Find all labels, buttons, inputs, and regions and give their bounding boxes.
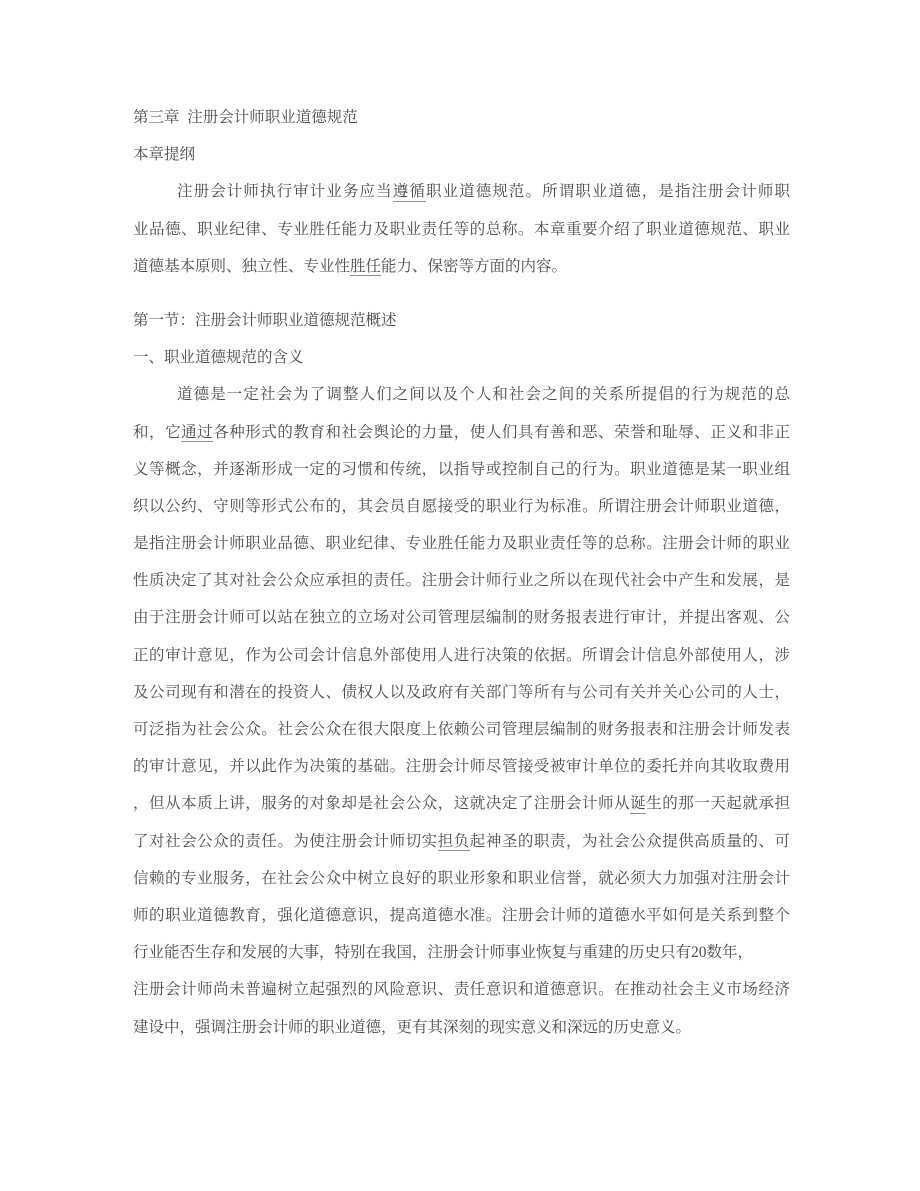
text-line: 业品德、职业纪律、专业胜任能力及职业责任等的总称。本章重要介绍了职业道德规范、职… xyxy=(133,211,790,248)
text-line: 是指注册会计师职业品德、职业纪律、专业胜任能力及职业责任等的总称。注册会计师的职… xyxy=(133,525,790,562)
text-line: 性质决定了其对社会公众应承担的责任。注册会计师行业之所以在现代社会中产生和发展，… xyxy=(133,562,790,599)
text-run: 织以公约、守则等形式公布的，其会员自愿接受的职业行为标准。所谓注册会计师职业道德… xyxy=(133,498,790,515)
text-line: 师的职业道德教育，强化道德意识，提高道德水准。注册会计师的道德水平如何是关系到整… xyxy=(133,897,790,934)
intro-paragraph: 注册会计师执行审计业务应当遵循职业道德规范。所谓职业道德，是指注册会计师职业品德… xyxy=(133,173,790,285)
text-run: 性质决定了其对社会公众应承担的责任。注册会计师行业之所以在现代社会中产生和发展，… xyxy=(133,572,790,589)
text-run: 可泛指为社会公众。社会公众在很大限度上依赖公司管理层编制的财务报表和注册会计师发… xyxy=(133,721,790,738)
text-run: 生的那一天起就承担 xyxy=(646,795,790,812)
outline-heading: 本章提纲 xyxy=(133,136,790,173)
text-run: 和，它 xyxy=(133,424,181,441)
text-run: 义等概念，并逐渐形成一定的习惯和传统，以指导或控制自己的行为。职业道德是某一职业… xyxy=(133,461,790,478)
text-run: 注册会计师执行审计业务应当 xyxy=(177,183,393,200)
text-line: 由于注册会计师可以站在独立的立场对公司管理层编制的财务报表进行审计，并提出客观、… xyxy=(133,599,790,636)
section-heading: 第一节：注册会计师职业道德规范概述 xyxy=(133,302,790,339)
text-run: 业品德、职业纪律、专业胜任能力及职业责任等的总称。本章重要介绍了职业道德规范、职… xyxy=(133,221,790,238)
text-line: 注册会计师执行审计业务应当遵循职业道德规范。所谓职业道德，是指注册会计师职 xyxy=(133,173,790,210)
proofing-underline: 遵循 xyxy=(393,183,426,202)
text-run: 道德是一定社会为了调整人们之间以及个人和社会之间的关系所提倡的行为规范的总 xyxy=(177,386,790,403)
text-run: 及公司现有和潜在的投资人、债权人以及政府有关部门等所有与公司有关并关心公司的人士… xyxy=(133,684,790,701)
text-line: 及公司现有和潜在的投资人、债权人以及政府有关部门等所有与公司有关并关心公司的人士… xyxy=(133,674,790,711)
text-run: 道德基本原则、独立性、专业性 xyxy=(133,258,350,275)
text-line: 了对社会公众的责任。为使注册会计师切实担负起神圣的职责，为社会公众提供高质量的、… xyxy=(133,823,790,860)
text-run: 了对社会公众的责任。为使注册会计师切实 xyxy=(133,833,438,850)
chapter-heading: 第三章 注册会计师职业道德规范 xyxy=(133,99,790,136)
text-line: 义等概念，并逐渐形成一定的习惯和传统，以指导或控制自己的行为。职业道德是某一职业… xyxy=(133,451,790,488)
text-run: 是指注册会计师职业品德、职业纪律、专业胜任能力及职业责任等的总称。注册会计师的职… xyxy=(133,535,790,552)
text-run: 行业能否生存和发展的大事，特别在我国，注册会计师事业恢复与重建的历史只有20数年… xyxy=(133,944,753,961)
proofing-underline: 担负 xyxy=(438,833,470,852)
text-line: 行业能否生存和发展的大事，特别在我国，注册会计师事业恢复与重建的历史只有20数年… xyxy=(133,934,790,971)
document-content: 第三章 注册会计师职业道德规范 本章提纲 注册会计师执行审计业务应当遵循职业道德… xyxy=(133,99,790,1046)
text-line: 注册会计师尚未普遍树立起强烈的风险意识、责任意识和道德意识。在推动社会主义市场经… xyxy=(133,971,790,1008)
proofing-underline: 通过 xyxy=(181,424,213,443)
text-line: 和，它通过各种形式的教育和社会舆论的力量，使人们具有善和恶、荣誉和耻辱、正义和非… xyxy=(133,414,790,451)
text-run: 各种形式的教育和社会舆论的力量，使人们具有善和恶、荣誉和耻辱、正义和非正 xyxy=(213,424,790,441)
text-line: 正的审计意见，作为公司会计信息外部使用人进行决策的依据。所谓会计信息外部使用人，… xyxy=(133,637,790,674)
text-line: 信赖的专业服务，在社会公众中树立良好的职业形象和职业信誉，就必须大力加强对注册会… xyxy=(133,860,790,897)
text-line: 的审计意见，并以此作为决策的基础。注册会计师尽管接受被审计单位的委托并向其收取费… xyxy=(133,748,790,785)
document-page: 第三章 注册会计师职业道德规范 本章提纲 注册会计师执行审计业务应当遵循职业道德… xyxy=(0,0,920,1191)
text-line: ，但从本质上讲，服务的对象却是社会公众，这就决定了注册会计师从诞生的那一天起就承… xyxy=(133,785,790,822)
text-run: 起神圣的职责，为社会公众提供高质量的、可 xyxy=(470,833,790,850)
text-run: 建设中，强调注册会计师的职业道德，更有其深刻的现实意义和深远的历史意义。 xyxy=(133,1019,691,1036)
text-run: 职业道德规范。所谓职业道德，是指注册会计师职 xyxy=(426,183,790,200)
text-run: 由于注册会计师可以站在独立的立场对公司管理层编制的财务报表进行审计，并提出客观、… xyxy=(133,609,790,626)
text-run: 的审计意见，并以此作为决策的基础。注册会计师尽管接受被审计单位的委托并向其收取费… xyxy=(133,758,790,775)
text-line: 织以公约、守则等形式公布的，其会员自愿接受的职业行为标准。所谓注册会计师职业道德… xyxy=(133,488,790,525)
text-run: 师的职业道德教育，强化道德意识，提高道德水准。注册会计师的道德水平如何是关系到整… xyxy=(133,907,790,924)
subsection-heading: 一、职业道德规范的含义 xyxy=(133,339,790,376)
text-line: 建设中，强调注册会计师的职业道德，更有其深刻的现实意义和深远的历史意义。 xyxy=(133,1009,790,1046)
text-run: 能力、保密等方面的内容。 xyxy=(381,258,567,275)
text-line: 道德是一定社会为了调整人们之间以及个人和社会之间的关系所提倡的行为规范的总 xyxy=(133,376,790,413)
body-paragraph: 道德是一定社会为了调整人们之间以及个人和社会之间的关系所提倡的行为规范的总和，它… xyxy=(133,376,790,1045)
text-run: 注册会计师尚未普遍树立起强烈的风险意识、责任意识和道德意识。在推动社会主义市场经… xyxy=(133,981,790,998)
proofing-underline: 胜任 xyxy=(350,258,381,277)
text-run: ，但从本质上讲，服务的对象却是社会公众，这就决定了注册会计师从 xyxy=(133,795,630,812)
text-line: 道德基本原则、独立性、专业性胜任能力、保密等方面的内容。 xyxy=(133,248,790,285)
text-run: 信赖的专业服务，在社会公众中树立良好的职业形象和职业信誉，就必须大力加强对注册会… xyxy=(133,870,790,887)
text-line: 可泛指为社会公众。社会公众在很大限度上依赖公司管理层编制的财务报表和注册会计师发… xyxy=(133,711,790,748)
proofing-underline: 诞 xyxy=(630,795,646,814)
text-run: 正的审计意见，作为公司会计信息外部使用人进行决策的依据。所谓会计信息外部使用人，… xyxy=(133,647,790,664)
